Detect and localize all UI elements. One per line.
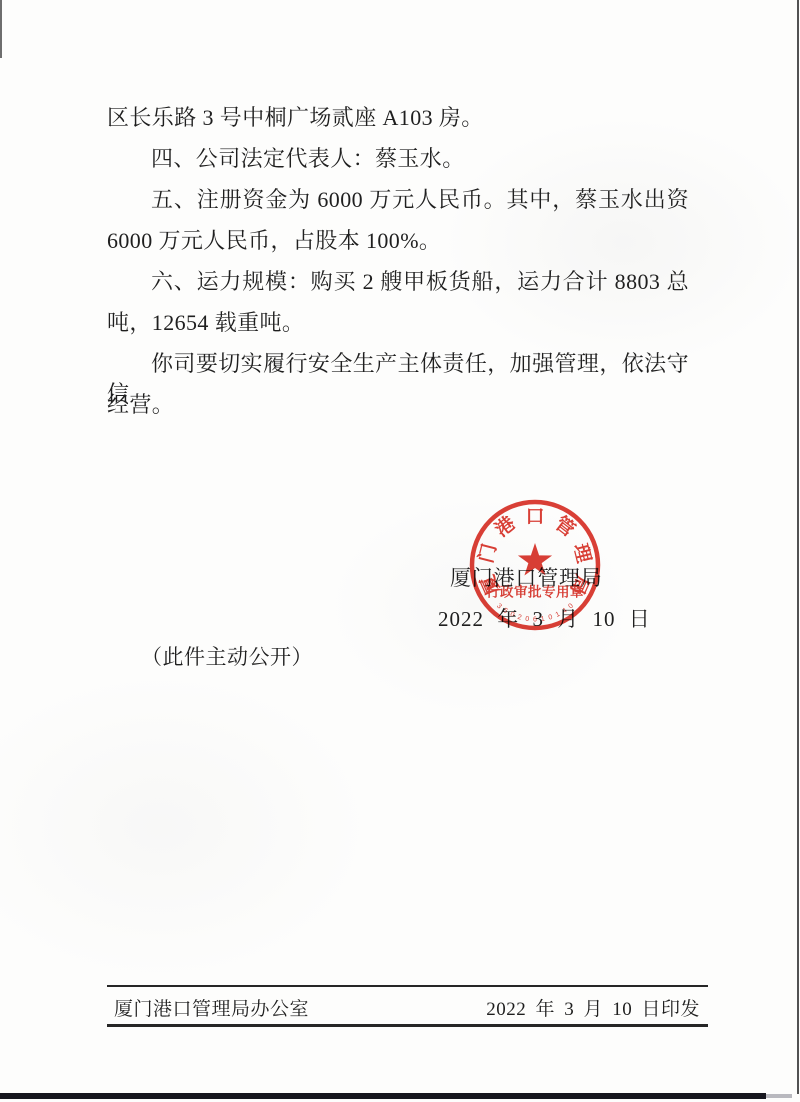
scan-edge-bottom-fade	[766, 1094, 792, 1098]
svg-text:4: 4	[561, 607, 568, 615]
body-line: 吨，12654 载重吨。	[107, 308, 689, 338]
svg-text:0: 0	[525, 616, 530, 623]
scan-edge-right	[797, 0, 799, 1094]
body-line: 四、公司法定代表人：蔡玉水。	[107, 144, 689, 174]
disclosure-note: （此件主动公开）	[141, 641, 313, 671]
scan-edge-left	[0, 0, 2, 58]
footer-office: 厦门港口管理局办公室	[114, 994, 309, 1021]
body-line: 6000 万元人民币，占股本 100%。	[107, 226, 689, 256]
footer-rule-top	[107, 985, 708, 987]
body-line: 五、注册资金为 6000 万元人民币。其中，蔡玉水出资	[107, 185, 689, 215]
svg-text:0: 0	[548, 614, 554, 622]
svg-text:6: 6	[533, 617, 537, 624]
svg-text:0: 0	[509, 611, 516, 619]
svg-text:口: 口	[525, 507, 544, 528]
svg-text:1: 1	[540, 616, 545, 623]
svg-text:0: 0	[567, 603, 575, 611]
body-line: 区长乐路 3 号中桐广场贰座 A103 房。	[107, 103, 689, 133]
footer-rule-bottom	[107, 1024, 708, 1027]
svg-text:理: 理	[569, 541, 595, 566]
body-line: 六、运力规模：购买 2 艘甲板货船，运力合计 8803 总	[107, 267, 689, 297]
footer-issue-date: 2022 年 3 月 10 日印发	[486, 994, 700, 1021]
svg-text:门: 门	[474, 541, 501, 565]
body-line: 经营。	[107, 390, 689, 420]
seal-title-text: 行政审批专用章	[486, 584, 584, 600]
seal-star-icon	[518, 543, 552, 576]
scan-edge-bottom	[0, 1093, 766, 1099]
scanned-document-page: 区长乐路 3 号中桐广场贰座 A103 房。 四、公司法定代表人：蔡玉水。 五、…	[0, 0, 800, 1102]
svg-text:5: 5	[502, 607, 509, 615]
svg-text:3: 3	[495, 603, 503, 611]
svg-text:1: 1	[555, 611, 562, 619]
svg-text:2: 2	[517, 614, 523, 622]
official-seal-stamp: 厦门港口管理局 行政审批专用章 35020610140	[465, 495, 605, 635]
